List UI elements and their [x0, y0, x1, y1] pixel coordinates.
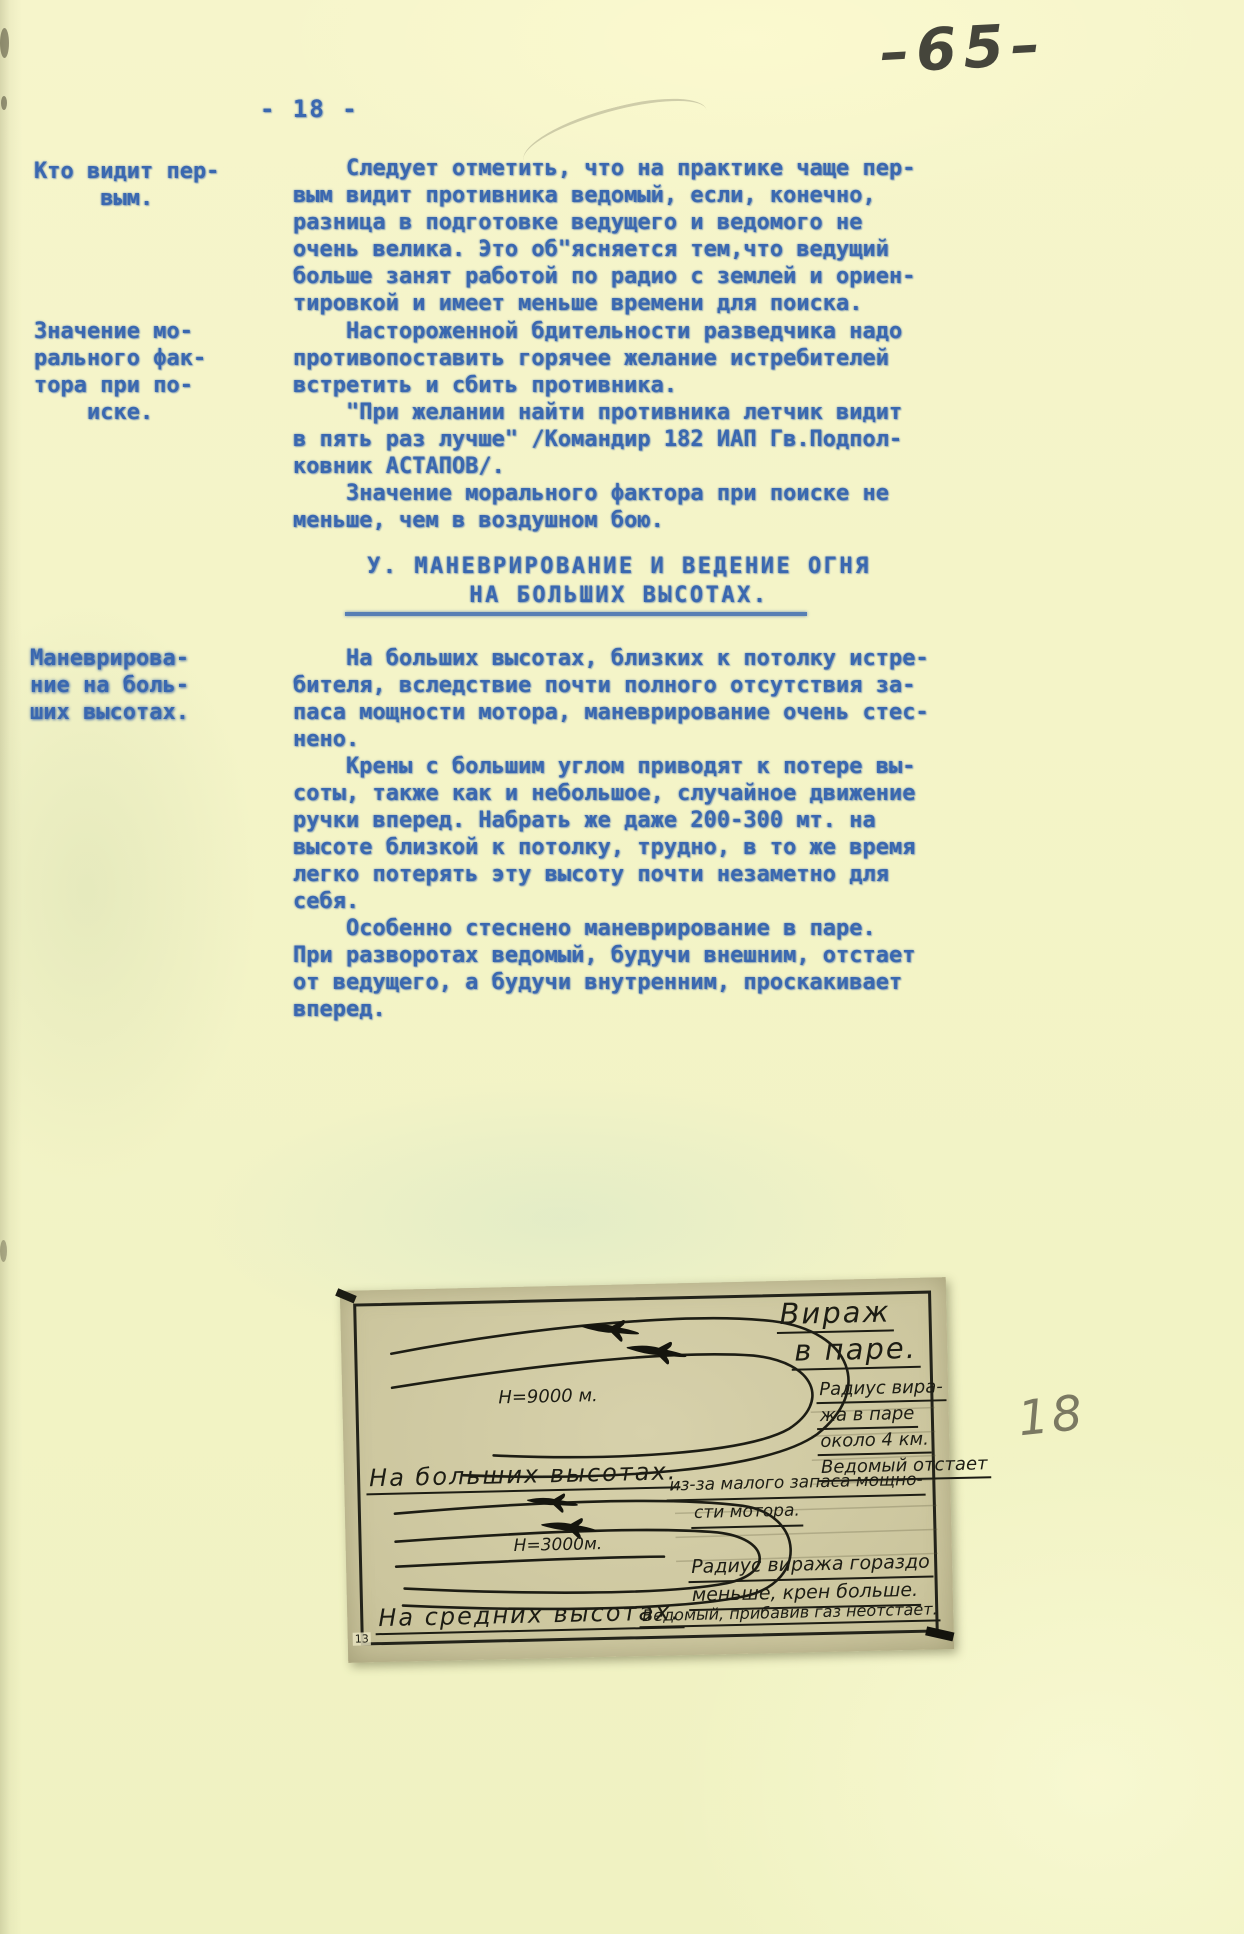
scanned-document-page: –65– - 18 - Кто видит пер- вым. Значение… [0, 0, 1244, 1934]
margin-note-moral-factor: Значение мо- рального фак- тора при по- … [34, 318, 280, 426]
paragraph-moral-factor: Настороженной бдительности разведчика на… [293, 318, 953, 534]
note-line: около 4 км. [817, 1428, 932, 1457]
plane-icon [580, 1315, 641, 1344]
note-line: сти мотора. [691, 1498, 803, 1529]
paragraph-who-sees-first: Следует отметить, что на практике чаще п… [293, 155, 953, 317]
handwritten-archive-number: –65– [878, 10, 1048, 87]
photo-corner-number: 13 [353, 1632, 371, 1645]
attached-photo-turn-diagram: Вираж в паре. Н=9000 м. На больших высот… [340, 1277, 954, 1663]
paper-edge-speck [0, 1240, 7, 1262]
note-engine-power: из-за малого запаса мощно- сти мотора. [666, 1468, 927, 1530]
section-heading-line1: У. МАНЕВРИРОВАНИЕ И ВЕДЕНИЕ ОГНЯ [367, 554, 871, 579]
diagram-title: Вираж в паре. [776, 1294, 920, 1371]
note-line: жа в паре [817, 1402, 918, 1430]
altitude-label-3000: Н=3000м. [513, 1534, 602, 1556]
handwritten-sheet-number: 18 [1015, 1385, 1088, 1448]
paper-edge-speck [1, 96, 7, 110]
note-line: из-за малого запаса мощно- [666, 1468, 926, 1502]
altitude-label-9000: Н=9000 м. [498, 1385, 598, 1408]
heading-underline [345, 612, 807, 616]
margin-note-who-sees-first: Кто видит пер- вым. [34, 158, 280, 212]
paragraph-maneuvering: На больших высотах, близких к потолку ис… [293, 645, 953, 1023]
paper-edge-speck [0, 28, 9, 58]
section-heading: У. МАНЕВРИРОВАНИЕ И ВЕДЕНИЕ ОГНЯ НА БОЛЬ… [293, 552, 945, 610]
typed-page-number: - 18 - [260, 96, 359, 123]
plane-icon [625, 1335, 688, 1367]
note-turn-radius-pair: Радиус вира- жа в паре около 4 км. Ведом… [816, 1374, 991, 1482]
diagram-title-line2: в паре. [791, 1331, 920, 1371]
margin-note-maneuvering: Маневрирова- ние на боль- ших высотах. [30, 645, 276, 726]
note-line: Радиус вира- [816, 1375, 946, 1404]
diagram-title-line1: Вираж [776, 1294, 894, 1334]
section-heading-line2: НА БОЛЬШИХ ВЫСОТАХ. [469, 583, 768, 608]
